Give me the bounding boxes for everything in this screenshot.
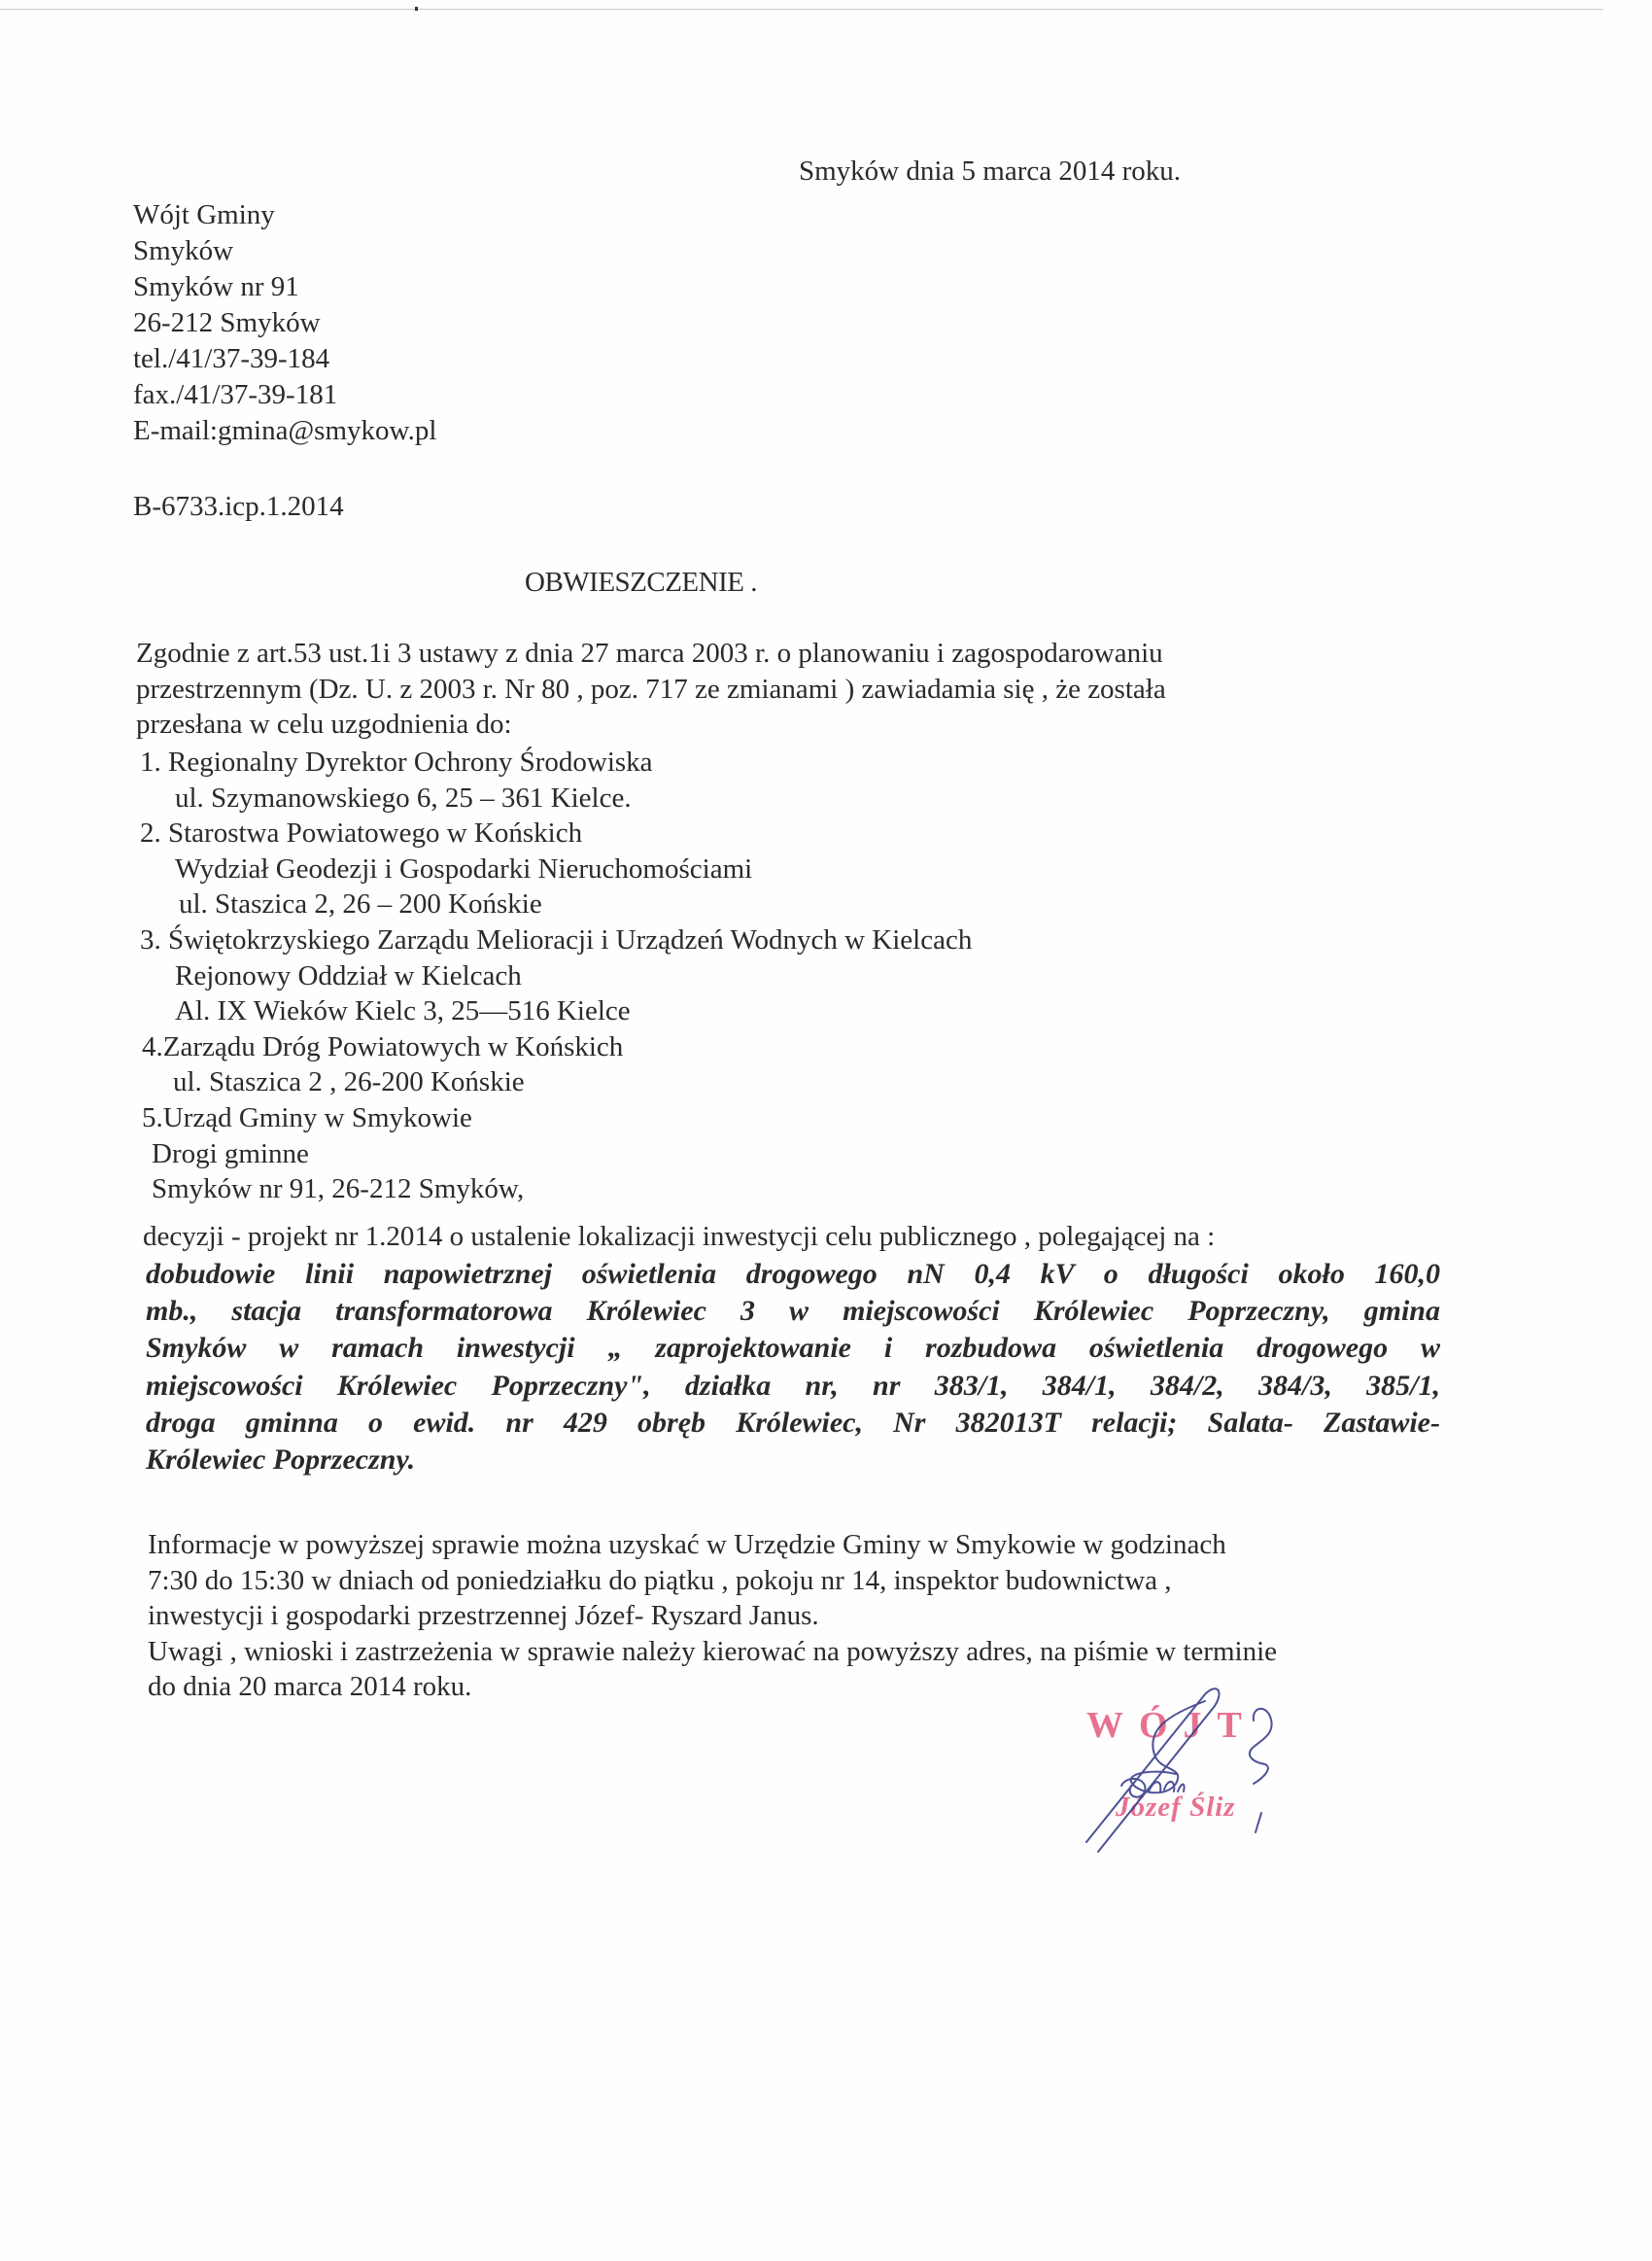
recipient-address: Smyków nr 91, 26-212 Smyków, xyxy=(140,1171,972,1207)
recipient-item: 4.Zarządu Dróg Powiatowych w Końskich xyxy=(140,1029,972,1065)
handwritten-signature-icon xyxy=(1059,1677,1312,1871)
decision-subject: dobudowie linii napowietrznej oświetleni… xyxy=(146,1256,1440,1478)
intro-paragraph: Zgodnie z art.53 ust.1i 3 ustawy z dnia … xyxy=(136,636,1166,743)
sender-line: Smyków xyxy=(133,233,436,269)
subject-line: mb., stacja transformatorowa Królewiec 3… xyxy=(146,1293,1440,1330)
info-line: 7:30 do 15:30 w dniach od poniedziałku d… xyxy=(148,1563,1277,1599)
info-line: inwestycji i gospodarki przestrzennej Jó… xyxy=(148,1598,1277,1634)
recipient-department: Rejonowy Oddział w Kielcach xyxy=(140,958,972,994)
document-heading: OBWIESZCZENIE . xyxy=(525,565,757,601)
recipient-department: Drogi gminne xyxy=(140,1136,972,1172)
recipient-address: Al. IX Wieków Kielc 3, 25—516 Kielce xyxy=(140,993,972,1029)
recipient-item: 5.Urząd Gminy w Smykowie xyxy=(140,1100,972,1136)
sender-address-block: Wójt Gminy Smyków Smyków nr 91 26-212 Sm… xyxy=(133,197,436,449)
document-page: Smyków dnia 5 marca 2014 roku. Wójt Gmin… xyxy=(0,0,1652,2261)
recipient-item: 3. Świętokrzyskiego Zarządu Melioracji i… xyxy=(140,922,972,958)
scan-mark xyxy=(415,7,418,11)
subject-line: Królewiec Poprzeczny. xyxy=(146,1442,1440,1478)
recipient-item: 1. Regionalny Dyrektor Ochrony Środowisk… xyxy=(140,745,972,781)
subject-line: dobudowie linii napowietrznej oświetleni… xyxy=(146,1256,1440,1293)
subject-line: Smyków w ramach inwestycji „ zaprojektow… xyxy=(146,1330,1440,1367)
official-stamp: WÓJT Józef Śliz xyxy=(1059,1677,1312,1871)
sender-line: 26-212 Smyków xyxy=(133,305,436,341)
recipient-address: ul. Szymanowskiego 6, 25 – 361 Kielce. xyxy=(140,781,972,817)
decision-line: decyzji - projekt nr 1.2014 o ustalenie … xyxy=(143,1219,1215,1255)
recipient-address: ul. Staszica 2, 26 – 200 Końskie xyxy=(140,887,972,922)
paragraph-line: przesłana w celu uzgodnienia do: xyxy=(136,707,1166,743)
subject-line: miejscowości Królewiec Poprzeczny", dzia… xyxy=(146,1368,1440,1405)
recipient-item: 2. Starostwa Powiatowego w Końskich xyxy=(140,816,972,852)
paragraph-line: przestrzennym (Dz. U. z 2003 r. Nr 80 , … xyxy=(136,672,1166,708)
sender-line: Smyków nr 91 xyxy=(133,269,436,305)
info-line: Uwagi , wnioski i zastrzeżenia w sprawie… xyxy=(148,1634,1277,1670)
recipient-address: ul. Staszica 2 , 26-200 Końskie xyxy=(140,1064,972,1100)
info-line: Informacje w powyższej sprawie można uzy… xyxy=(148,1527,1277,1563)
recipients-list: 1. Regionalny Dyrektor Ochrony Środowisk… xyxy=(140,745,972,1207)
sender-line: Wójt Gminy xyxy=(133,197,436,233)
document-date: Smyków dnia 5 marca 2014 roku. xyxy=(799,154,1181,190)
paragraph-line: Zgodnie z art.53 ust.1i 3 ustawy z dnia … xyxy=(136,636,1166,672)
sender-email: E-mail:gmina@smykow.pl xyxy=(133,413,436,449)
recipient-department: Wydział Geodezji i Gospodarki Nieruchomo… xyxy=(140,852,972,887)
subject-line: droga gminna o ewid. nr 429 obręb Królew… xyxy=(146,1405,1440,1442)
sender-fax: fax./41/37-39-181 xyxy=(133,377,436,413)
reference-number: B-6733.icp.1.2014 xyxy=(133,489,344,525)
scan-top-edge-line xyxy=(0,9,1603,10)
sender-phone: tel./41/37-39-184 xyxy=(133,341,436,377)
